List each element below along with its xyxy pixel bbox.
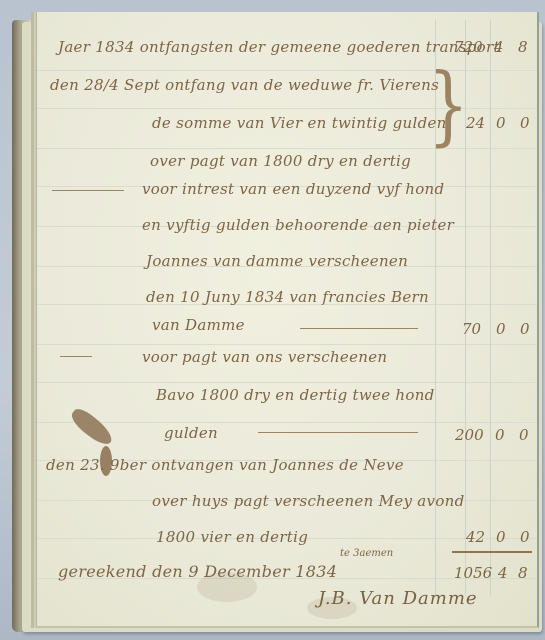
total-stivers: 4 — [498, 564, 508, 582]
ledger-line: Joannes van damme verscheenen — [146, 252, 408, 270]
amount-pennies: 8 — [518, 38, 528, 56]
total-pennies: 8 — [518, 564, 528, 582]
closing-superscript: te 3aemen — [340, 548, 393, 559]
amount-stivers: 0 — [495, 426, 505, 444]
ledger-line: voor intrest van een duyzend vyf hond — [142, 180, 444, 198]
amount-pennies: 0 — [520, 528, 530, 546]
ledger-line: over huys pagt verscheenen Mey avond — [152, 492, 465, 510]
amount-guilders: 200 — [455, 426, 484, 444]
amount-stivers: 4 — [494, 38, 504, 56]
amount-guilders: 42 — [466, 528, 485, 546]
ledger-line: voor pagt van ons verscheenen — [142, 348, 387, 366]
closing-line: gereekend den 9 December 1834 — [58, 562, 337, 581]
amount-pennies: 0 — [520, 114, 530, 132]
ledger-line: den 23. 9ber ontvangen van Joannes de Ne… — [46, 456, 404, 474]
ledger-line: van Damme — [152, 316, 245, 334]
total-rule — [452, 551, 532, 553]
grouping-brace: } — [428, 63, 469, 149]
margin-dash — [60, 356, 92, 357]
total-guilders: 1056 — [454, 564, 492, 582]
amount-stivers: 0 — [496, 320, 506, 338]
amount-pennies: 0 — [519, 426, 529, 444]
amount-stivers: 0 — [496, 528, 506, 546]
amount-guilders: 70 — [462, 320, 481, 338]
ledger-line: 1800 vier en dertig — [156, 528, 308, 546]
ledger-line: den 10 Juny 1834 van francies Bern — [146, 288, 429, 306]
fill-dash — [300, 328, 418, 329]
ledger-line-heading: Jaer 1834 ontfangsten der gemeene goeder… — [58, 38, 500, 56]
ruling-line — [37, 382, 537, 383]
amount-column-line — [490, 20, 491, 596]
ledger-line: en vyftig gulden behoorende aen pieter — [142, 216, 454, 234]
amount-guilders: 720 — [454, 38, 483, 56]
fill-dash — [258, 432, 418, 433]
ledger-line: over pagt van 1800 dry en dertig — [150, 152, 411, 170]
amount-stivers: 0 — [496, 114, 506, 132]
ledger-line: den 28/4 Sept ontfang van de weduwe fr. … — [50, 76, 439, 94]
ruling-line — [37, 344, 537, 345]
amount-pennies: 0 — [520, 320, 530, 338]
ledger-line: Bavo 1800 dry en dertig twee hond — [156, 386, 435, 404]
ruling-line — [37, 422, 537, 423]
margin-dash — [52, 190, 124, 191]
signature: J.B. Van Damme — [318, 588, 478, 609]
amount-guilders: 24 — [466, 114, 485, 132]
ledger-line: gulden — [164, 424, 218, 442]
ledger-line: de somme van Vier en twintig gulden — [152, 114, 447, 132]
